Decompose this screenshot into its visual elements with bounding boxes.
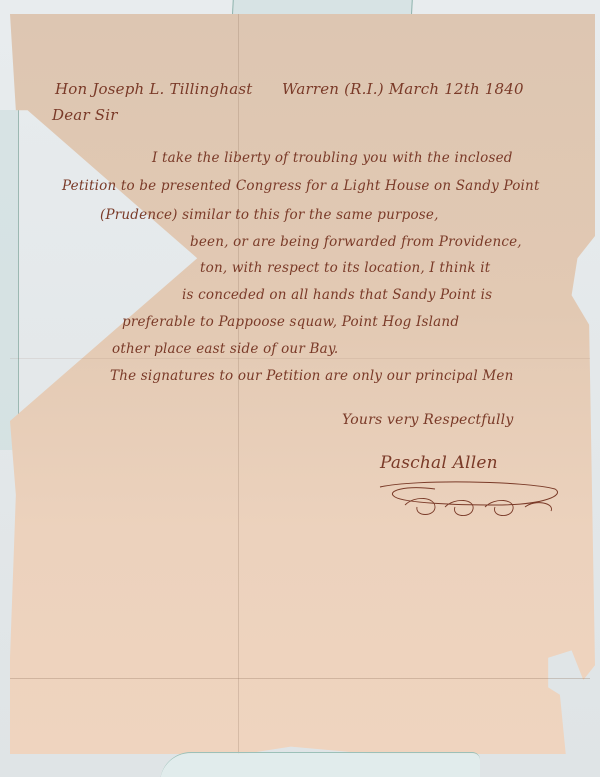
body-line: I take the liberty of troubling you with… (152, 150, 513, 166)
glass-clip-bottom (160, 752, 480, 777)
fold-line-horizontal-middle (10, 358, 590, 359)
body-line: Petition to be presented Congress for a … (62, 178, 540, 194)
letter-paper (10, 14, 595, 754)
body-line: is conceded on all hands that Sandy Poin… (182, 287, 492, 303)
signature: Paschal Allen (380, 453, 498, 473)
glass-clip-left (0, 110, 19, 450)
body-line: The signatures to our Petition are only … (110, 368, 513, 384)
body-line: (Prudence) similar to this for the same … (100, 207, 439, 223)
fold-line-horizontal-bottom (10, 678, 590, 679)
body-line: ton, with respect to its location, I thi… (200, 260, 490, 276)
closing: Yours very Respectfully (342, 412, 513, 428)
signature-flourish-icon (375, 475, 565, 521)
addressee: Hon Joseph L. Tillinghast (55, 80, 252, 98)
salutation: Dear Sir (52, 106, 118, 124)
body-line: been, or are being forwarded from Provid… (190, 234, 522, 250)
fold-line-vertical (238, 14, 239, 754)
body-line: other place east side of our Bay. (112, 341, 338, 357)
place-date: Warren (R.I.) March 12th 1840 (282, 80, 524, 98)
body-line: preferable to Pappoose squaw, Point Hog … (122, 314, 459, 330)
